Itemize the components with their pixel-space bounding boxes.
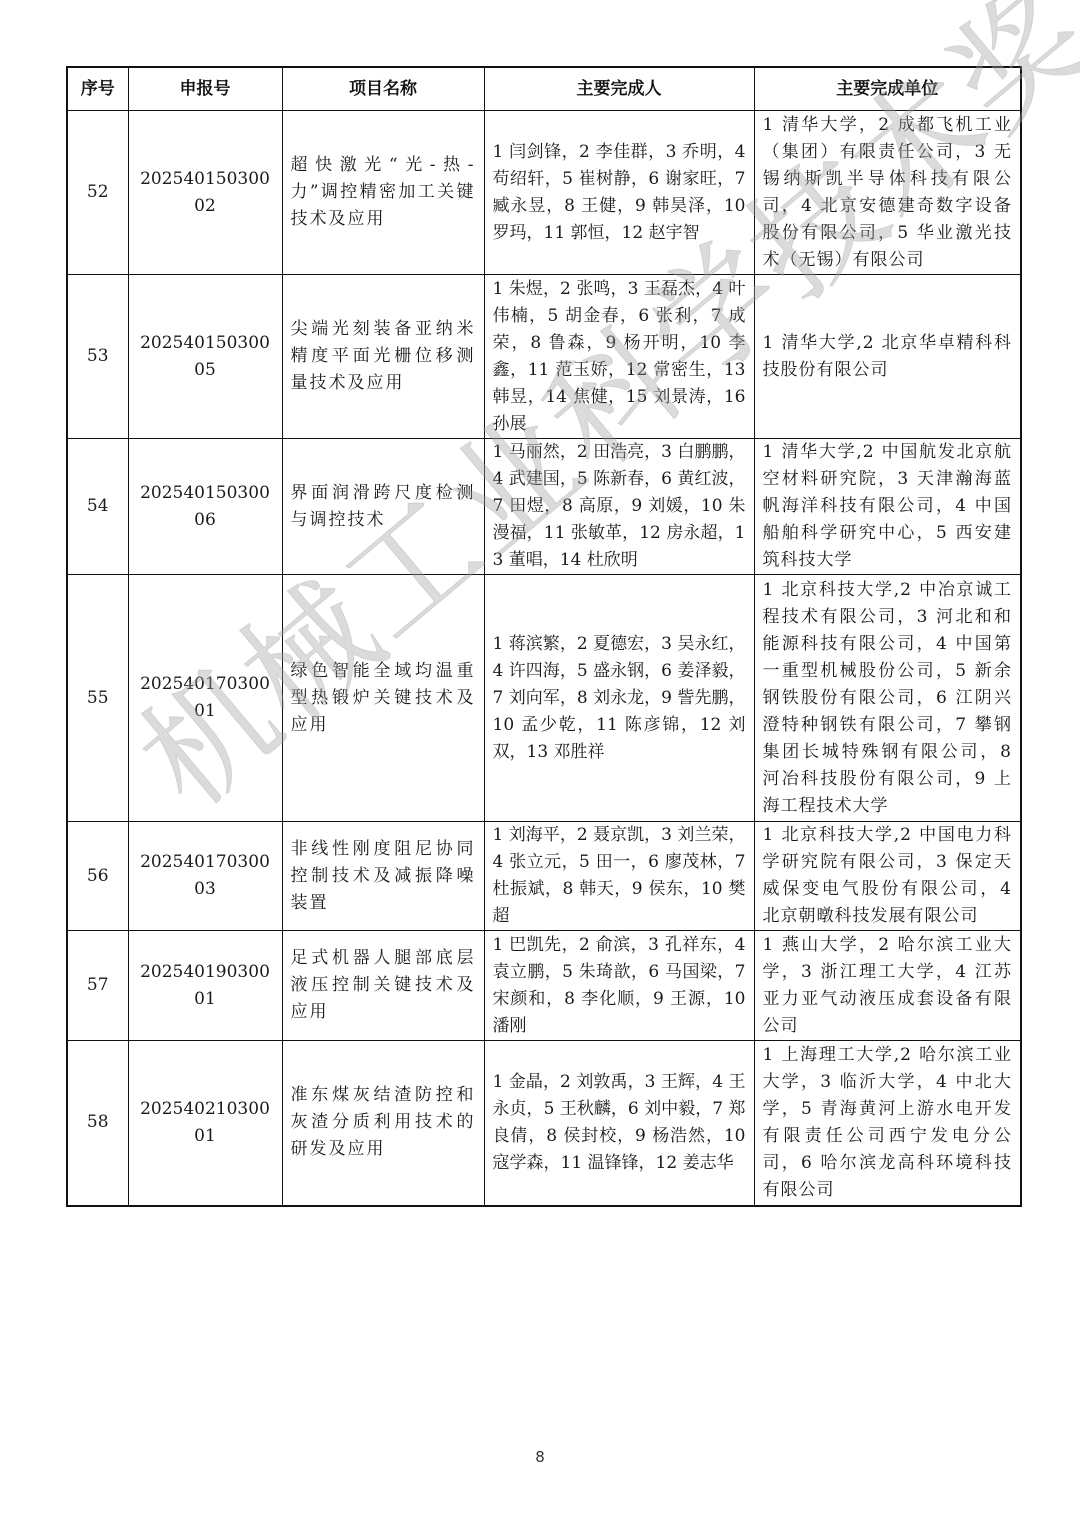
cell-no: 57: [67, 931, 128, 1041]
cell-units: 1 北京科技大学,2 中冶京诚工程技术有限公司，3 河北和和能源科技有限公司，4…: [754, 575, 1021, 822]
table-row: 58 20254021030001 准东煤灰结渣防控和灰渣分质利用技术的研发及应…: [67, 1041, 1021, 1206]
cell-units: 1 清华大学,2 北京华卓精科科技股份有限公司: [754, 275, 1021, 439]
document-page: 序号 申报号 项目名称 主要完成人 主要完成单位 52 202540150300…: [0, 0, 1080, 1527]
cell-people: 1 刘海平，2 聂京凯，3 刘兰荣，4 张立元，5 田一，6 廖茂林，7 杜振斌…: [484, 822, 754, 931]
cell-code: 20254015030005: [128, 275, 282, 439]
header-name: 项目名称: [282, 67, 484, 111]
cell-people: 1 金晶，2 刘敦禹，3 王辉，4 王永贞，5 王秋麟，6 刘中毅，7 郑良倩，…: [484, 1041, 754, 1206]
cell-code: 20254015030006: [128, 439, 282, 575]
cell-name: 准东煤灰结渣防控和灰渣分质利用技术的研发及应用: [282, 1041, 484, 1206]
table-row: 53 20254015030005 尖端光刻装备亚纳米精度平面光栅位移测量技术及…: [67, 275, 1021, 439]
cell-people: 1 马丽然，2 田浩亮，3 白鹏鹏，4 武建国，5 陈新春，6 黄红波，7 田煜…: [484, 439, 754, 575]
table-header-row: 序号 申报号 项目名称 主要完成人 主要完成单位: [67, 67, 1021, 111]
cell-name: 超快激光“光-热-力”调控精密加工关键技术及应用: [282, 111, 484, 275]
cell-no: 55: [67, 575, 128, 822]
cell-no: 53: [67, 275, 128, 439]
cell-name: 足式机器人腿部底层液压控制关键技术及应用: [282, 931, 484, 1041]
award-projects-table: 序号 申报号 项目名称 主要完成人 主要完成单位 52 202540150300…: [66, 66, 1022, 1207]
cell-people: 1 闫剑锋，2 李佳群，3 乔明，4 苟绍轩，5 崔树静，6 谢家旺，7 臧永昱…: [484, 111, 754, 275]
cell-name: 绿色智能全域均温重型热锻炉关键技术及应用: [282, 575, 484, 822]
cell-code: 20254021030001: [128, 1041, 282, 1206]
cell-people: 1 朱煜，2 张鸣，3 王磊杰，4 叶伟楠，5 胡金春，6 张利，7 成荣，8 …: [484, 275, 754, 439]
table-row: 54 20254015030006 界面润滑跨尺度检测与调控技术 1 马丽然，2…: [67, 439, 1021, 575]
cell-units: 1 清华大学,2 中国航发北京航空材料研究院，3 天津瀚海蓝帆海洋科技有限公司，…: [754, 439, 1021, 575]
cell-no: 58: [67, 1041, 128, 1206]
table-row: 55 20254017030001 绿色智能全域均温重型热锻炉关键技术及应用 1…: [67, 575, 1021, 822]
header-units: 主要完成单位: [754, 67, 1021, 111]
cell-people: 1 蒋滨繁，2 夏德宏，3 吴永红，4 许四海，5 盛永钢，6 姜泽毅，7 刘向…: [484, 575, 754, 822]
table-row: 56 20254017030003 非线性刚度阻尼协同控制技术及减振降噪装置 1…: [67, 822, 1021, 931]
table-row: 57 20254019030001 足式机器人腿部底层液压控制关键技术及应用 1…: [67, 931, 1021, 1041]
cell-code: 20254017030001: [128, 575, 282, 822]
table-row: 52 20254015030002 超快激光“光-热-力”调控精密加工关键技术及…: [67, 111, 1021, 275]
header-people: 主要完成人: [484, 67, 754, 111]
cell-no: 52: [67, 111, 128, 275]
page-number: 8: [0, 1448, 1080, 1466]
cell-units: 1 燕山大学，2 哈尔滨工业大学，3 浙江理工大学，4 江苏亚力亚气动液压成套设…: [754, 931, 1021, 1041]
cell-name: 尖端光刻装备亚纳米精度平面光栅位移测量技术及应用: [282, 275, 484, 439]
cell-units: 1 上海理工大学,2 哈尔滨工业大学，3 临沂大学，4 中北大学，5 青海黄河上…: [754, 1041, 1021, 1206]
cell-units: 1 北京科技大学,2 中国电力科学研究院有限公司，3 保定天威保变电气股份有限公…: [754, 822, 1021, 931]
cell-code: 20254019030001: [128, 931, 282, 1041]
cell-code: 20254017030003: [128, 822, 282, 931]
cell-name: 界面润滑跨尺度检测与调控技术: [282, 439, 484, 575]
header-code: 申报号: [128, 67, 282, 111]
cell-units: 1 清华大学，2 成都飞机工业（集团）有限责任公司，3 无锡纳斯凯半导体科技有限…: [754, 111, 1021, 275]
cell-no: 56: [67, 822, 128, 931]
header-no: 序号: [67, 67, 128, 111]
cell-code: 20254015030002: [128, 111, 282, 275]
cell-no: 54: [67, 439, 128, 575]
cell-people: 1 巴凯先，2 俞滨，3 孔祥东，4 袁立鹏，5 朱琦歆，6 马国梁，7 宋颜和…: [484, 931, 754, 1041]
cell-name: 非线性刚度阻尼协同控制技术及减振降噪装置: [282, 822, 484, 931]
